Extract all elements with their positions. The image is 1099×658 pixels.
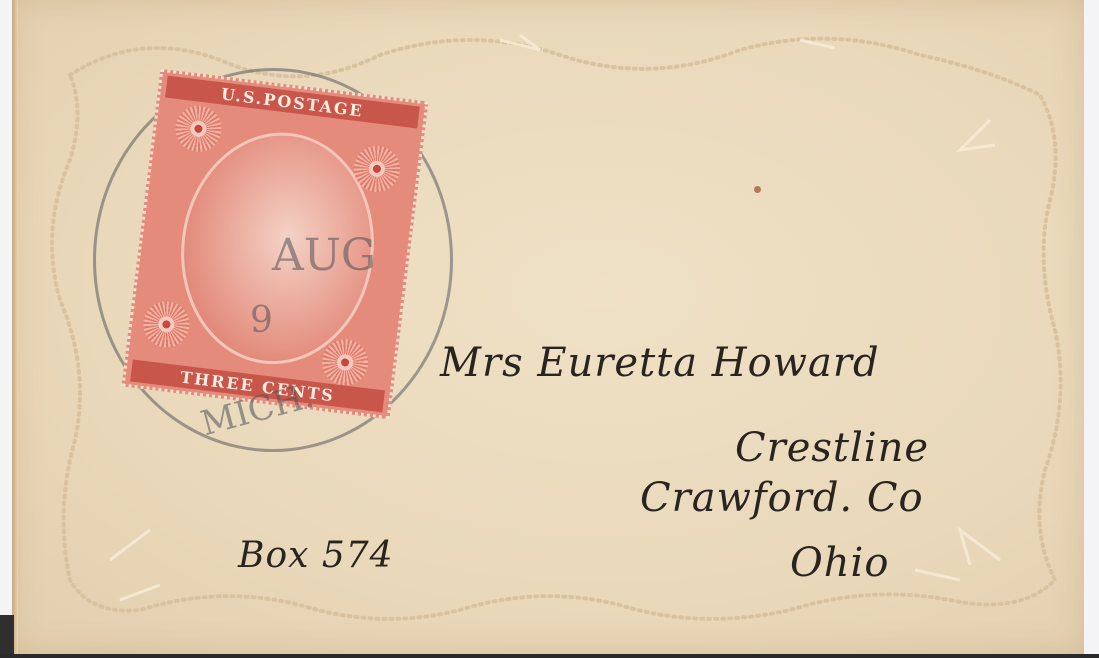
postmark-month: AUG — [272, 230, 376, 281]
box-number-note: Box 574 — [238, 535, 394, 576]
paper-blemish — [754, 186, 761, 193]
address-state: Ohio — [790, 540, 889, 586]
address-recipient: Mrs Euretta Howard — [440, 340, 880, 386]
address-city: Crestline — [735, 425, 929, 471]
postmark-day: 9 — [250, 300, 273, 341]
address-county: Crawford. Co — [640, 475, 924, 521]
